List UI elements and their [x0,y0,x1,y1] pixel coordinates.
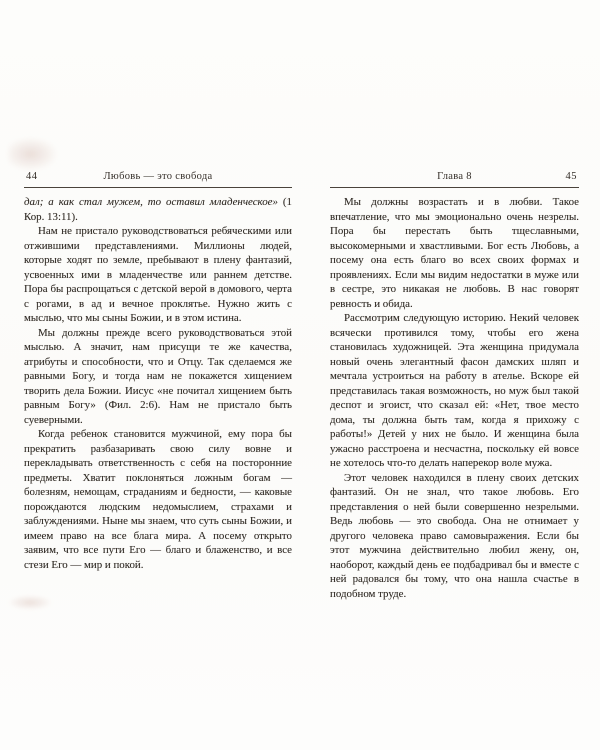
paragraph: Нам не пристало руководствоваться ребяче… [24,224,292,326]
page-number: 45 [566,170,578,183]
scan-smudge [8,137,58,171]
left-page-header: 44 Любовь — это свобода [24,170,292,188]
paragraph: Мы должны прежде всего руководствоваться… [24,326,292,428]
right-page-body: Мы должны возрастать и в любви. Такое вп… [330,195,579,601]
page-number: 44 [26,170,38,183]
scan-smudge [8,595,52,610]
paragraph-quote-continuation: дал; а как стал мужем, то оставил младен… [24,195,292,224]
paragraph: Когда ребенок становится мужчиной, ему п… [24,427,292,572]
paragraph: Рассмотрим следующую историю. Некий чело… [330,311,579,471]
left-page-body: дал; а как стал мужем, то оставил младен… [24,195,292,572]
paragraph: Этот человек находился в плену своих дет… [330,471,579,602]
left-page: 44 Любовь — это свобода дал; а как стал … [24,170,292,572]
right-page-header: Глава 8 45 [330,170,579,188]
running-title: Любовь — это свобода [24,170,292,183]
running-title: Глава 8 [330,170,579,183]
right-page: Глава 8 45 Мы должны возрастать и в любв… [330,170,579,601]
paragraph: Мы должны возрастать и в любви. Такое вп… [330,195,579,311]
book-spread: 44 Любовь — это свобода дал; а как стал … [0,0,600,750]
quote-italic-text: дал; а как стал мужем, то оставил младен… [24,196,278,208]
